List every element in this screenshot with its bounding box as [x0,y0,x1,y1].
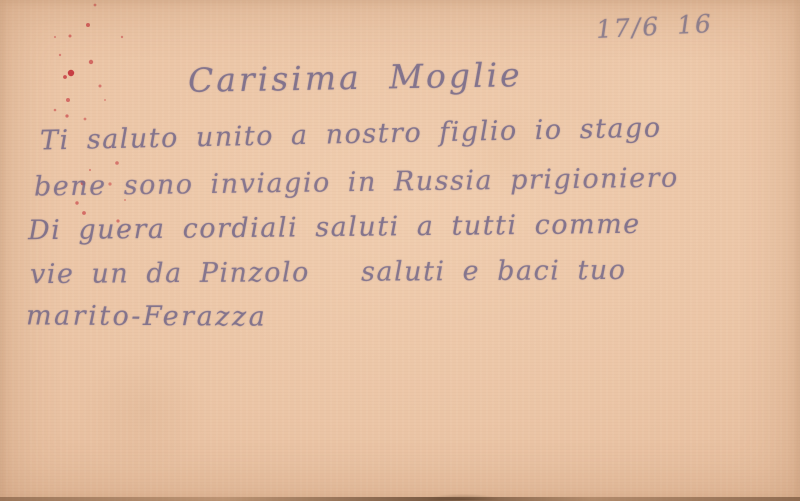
salutation-line: Carisima Moglie [188,55,523,100]
handwriting-line-4: vie un da Pinzolo saluti e baci tuo [30,255,627,290]
handwriting-line-3: Di guera cordiali saluti a tutti comme [28,209,641,246]
date-handwritten: 17/6 16 [595,9,713,44]
signature-line: marito-Ferazza [26,300,267,332]
postcard-scan: 17/6 16 Carisima Moglie Ti saluto unito … [0,0,800,501]
